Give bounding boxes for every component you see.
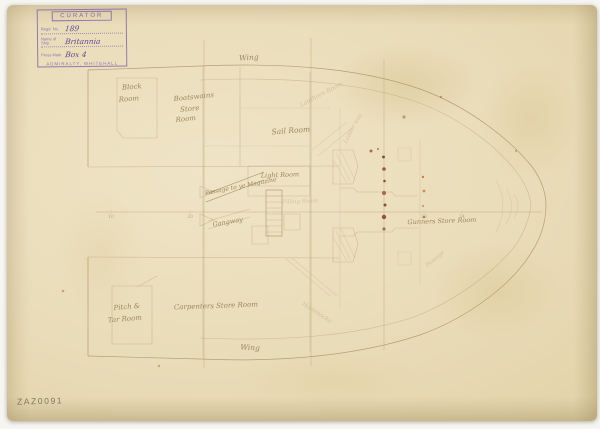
magazine-structure	[200, 122, 352, 296]
room-label-carpenters-store-room: Carpenters Store Room	[174, 301, 259, 312]
room-label-pitch-tar-room: Pitch &	[112, 302, 140, 312]
station-mark: 34	[459, 214, 465, 220]
room-label-boatswains-store-room: Boatswains	[172, 91, 214, 103]
room-label-passage-to-magazine: Passage to ye Magazine	[203, 176, 277, 197]
station-mark: 30	[421, 214, 427, 220]
room-label-pitch-tar-room: Tar Room	[107, 314, 142, 325]
room-label-ladderway: Ladder way	[342, 112, 364, 145]
room-labels: Wing Block Room Boatswains Store Room Sa…	[107, 52, 476, 352]
room-label-boatswains-store-room: Store	[180, 104, 200, 114]
room-label-wing-top: Wing	[239, 52, 259, 62]
room-label-passage-faint: Passage	[424, 249, 446, 269]
room-label-lanthorn-room: Lanthorn Room	[298, 80, 344, 109]
scan-background: CURATOR Regd. No. 189 Name of Ship Brita…	[0, 0, 600, 429]
room-label-hammocks: Hammocks	[300, 300, 333, 325]
centerline	[96, 210, 542, 214]
station-mark: 20	[187, 214, 193, 220]
station-mark: 10	[108, 214, 114, 220]
bow-structure	[333, 148, 518, 265]
room-label-filling-room: Filling Room	[281, 198, 318, 205]
ship-plan-drawing: Wing Block Room Boatswains Store Room Sa…	[0, 0, 600, 429]
rust-spots	[62, 96, 517, 367]
room-label-block-room: Block	[121, 82, 142, 91]
room-label-sail-room: Sail Room	[271, 125, 310, 137]
archive-number-label: ZAZ0091	[17, 395, 63, 406]
room-label-block-room: Room	[117, 94, 139, 103]
room-label-wing-bottom: Wing	[240, 342, 260, 352]
room-label-gunners-store-room: Gunners Store Room	[407, 216, 476, 226]
room-label-gangway: Gangway	[212, 215, 244, 228]
room-label-boatswains-store-room: Room	[174, 114, 196, 124]
